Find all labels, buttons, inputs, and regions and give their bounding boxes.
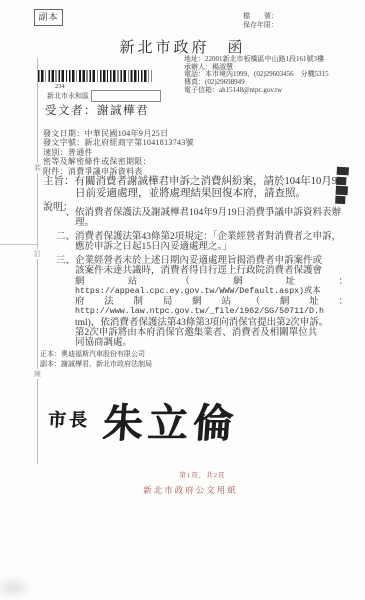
file-no-label: 檔 號：: [243, 12, 278, 21]
official-paper-label: 新北市政府公文用紙: [8, 484, 365, 496]
retention-label: 保存年限：: [243, 21, 278, 30]
official-letter-page: 副本 檔 號： 保存年限： 新北市政府 函 地址：22001新北市板橋區中山路1…: [0, 0, 365, 600]
document-meta-block: 發文日期：中華民國104年9月25日發文字號：新北府經商字第1041813743…: [43, 129, 194, 176]
binding-word-zhuang: 裝: [33, 163, 42, 173]
signature-name: 朱立倫: [101, 392, 240, 449]
mail-barcode: [38, 70, 152, 82]
binding-margin-line: [37, 58, 38, 464]
signature-title: 市長: [47, 406, 90, 432]
binding-word-xian: 線: [33, 369, 42, 379]
mayor-signature: 市長 朱立倫: [48, 392, 238, 449]
copy-stamp: 副本: [34, 9, 63, 26]
mail-address-line: 新北市永和區: [47, 90, 161, 102]
explanation-item-3: 三、企業經營者未於上述日期內妥適處理旨揭消費者申訴案件或該案件未達共識時，消費者…: [56, 256, 348, 349]
subject-paragraph: 主旨：有關消費者謝誠樺君申訴之消費糾紛案，請於104年10月9日前妥適處理，並將…: [43, 176, 347, 200]
page-number: 第1頁，共2頁: [20, 470, 365, 479]
mail-district: 新北市永和區: [47, 91, 89, 101]
binding-word-ding: 訂: [33, 249, 42, 259]
explanation-item-1: 一、依消費者保護法及謝誠樺君104年9月19日消費爭議申訴資料表辦理。: [56, 208, 348, 229]
document-title: 新北市政府 函: [0, 36, 365, 57]
fold-mark-line: [0, 244, 37, 245]
sender-email: 電子信箱：ah15148@ntpc.gov.tw: [184, 87, 329, 95]
mail-barcode-number: 234: [55, 83, 65, 90]
recipient-line: 受文者：謝誠樺君: [45, 102, 149, 118]
redacted-address-box: [91, 90, 161, 102]
scan-smudge: [0, 574, 36, 600]
copies-block: 正本：奧迪福斯汽車股份有限公司副本：謝誠樺君、新北市政府法制局: [40, 350, 152, 369]
explanation-item-2: 二、消費者保護法第43條第2項規定：「企業經營者對消費者之申訴，應於申訴之日起1…: [56, 232, 348, 253]
side-seal-stamp: [335, 167, 349, 206]
archive-block: 檔 號： 保存年限：: [243, 12, 278, 29]
sender-contact-block: 地址：22001新北市板橋區中山路1段161號3樓 承辦人：楊淑慧 電話：本市境…: [184, 56, 329, 95]
